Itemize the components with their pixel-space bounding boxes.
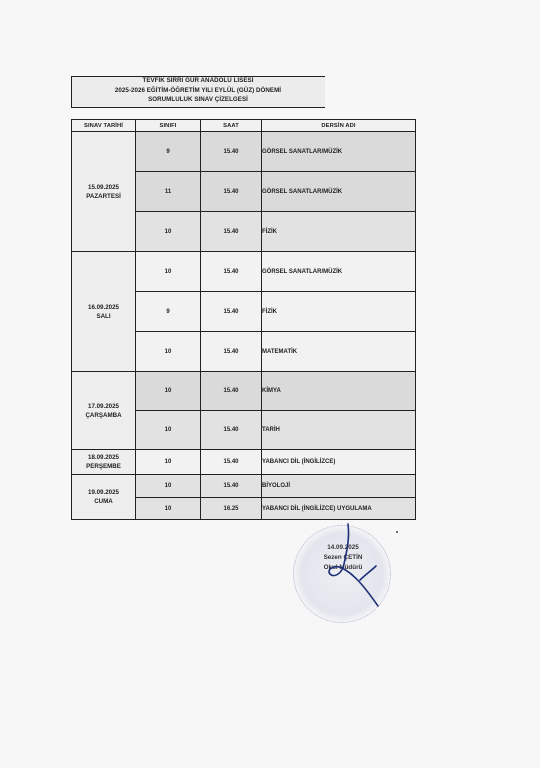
exam-date: 18.09.2025 [88,454,119,461]
class-cell: 10 [136,212,201,252]
schedule-title: SORUMLULUK SINAV ÇİZELGESİ [71,95,325,105]
exam-date-cell: 19.09.2025 CUMA [72,475,136,520]
class-cell: 11 [136,172,201,212]
time-cell: 15.40 [201,450,262,475]
mark-dot [396,531,398,533]
exam-weekday: PERŞEMBE [86,463,121,470]
subject-cell: FİZİK [262,292,416,332]
time-cell: 15.40 [201,372,262,411]
exam-date: 15.09.2025 [88,184,119,191]
column-header-time: SAAT [201,120,262,132]
column-header-date: SINAV TARİHİ [72,120,136,132]
subject-cell: FİZİK [262,212,416,252]
table-row: 19.09.2025 CUMA 10 15.40 BİYOLOJİ [72,475,416,498]
exam-date: 17.09.2025 [88,403,119,410]
time-cell: 15.40 [201,252,262,292]
table-row: 16.09.2025 SALI 10 15.40 GÖRSEL SANATLAR… [72,252,416,292]
time-cell: 15.40 [201,172,262,212]
exam-date-cell: 15.09.2025 PAZARTESİ [72,132,136,252]
exam-date: 19.09.2025 [88,489,119,496]
column-header-class: SINIFI [136,120,201,132]
exam-weekday: SALI [96,313,110,320]
table-row: 18.09.2025 PERŞEMBE 10 15.40 YABANCI DİL… [72,450,416,475]
subject-cell: BİYOLOJİ [262,475,416,498]
exam-date-cell: 16.09.2025 SALI [72,252,136,372]
subject-cell: YABANCI DİL (İNGİLİZCE) UYGULAMA [262,498,416,520]
time-cell: 15.40 [201,411,262,450]
subject-cell: GÖRSEL SANATLAR/MÜZİK [262,132,416,172]
table-row: 17.09.2025 ÇARŞAMBA 10 15.40 KİMYA [72,372,416,411]
handwritten-signature-icon [320,520,400,620]
exam-weekday: PAZARTESİ [86,193,121,200]
exam-date: 16.09.2025 [88,304,119,311]
class-cell: 9 [136,132,201,172]
class-cell: 10 [136,372,201,411]
class-cell: 10 [136,475,201,498]
subject-cell: GÖRSEL SANATLAR/MÜZİK [262,172,416,212]
subject-cell: MATEMATİK [262,332,416,372]
time-cell: 15.40 [201,132,262,172]
class-cell: 10 [136,332,201,372]
class-cell: 10 [136,498,201,520]
class-cell: 10 [136,450,201,475]
subject-cell: KİMYA [262,372,416,411]
exam-schedule-table: SINAV TARİHİ SINIFI SAAT DERSİN ADI 15.0… [71,119,416,520]
time-cell: 15.40 [201,332,262,372]
table-row: 15.09.2025 PAZARTESİ 9 15.40 GÖRSEL SANA… [72,132,416,172]
term-title: 2025-2026 EĞİTİM-ÖĞRETİM YILI EYLÜL (GÜZ… [71,86,325,96]
subject-cell: GÖRSEL SANATLAR/MÜZİK [262,252,416,292]
subject-cell: YABANCI DİL (İNGİLİZCE) [262,450,416,475]
exam-weekday: CUMA [94,498,113,505]
exam-date-cell: 18.09.2025 PERŞEMBE [72,450,136,475]
time-cell: 15.40 [201,212,262,252]
class-cell: 9 [136,292,201,332]
exam-weekday: ÇARŞAMBA [85,412,121,419]
school-name: TEVFİK SIRRI GÜR ANADOLU LİSESİ [71,76,325,86]
subject-cell: TARİH [262,411,416,450]
exam-date-cell: 17.09.2025 ÇARŞAMBA [72,372,136,450]
document-page: TEVFİK SIRRI GÜR ANADOLU LİSESİ 2025-202… [0,0,540,768]
class-cell: 10 [136,411,201,450]
time-cell: 16.25 [201,498,262,520]
column-header-subject: DERSİN ADI [262,120,416,132]
document-title: TEVFİK SIRRI GÜR ANADOLU LİSESİ 2025-202… [71,76,325,106]
time-cell: 15.40 [201,292,262,332]
class-cell: 10 [136,252,201,292]
time-cell: 15.40 [201,475,262,498]
table-header-row: SINAV TARİHİ SINIFI SAAT DERSİN ADI [72,120,416,132]
